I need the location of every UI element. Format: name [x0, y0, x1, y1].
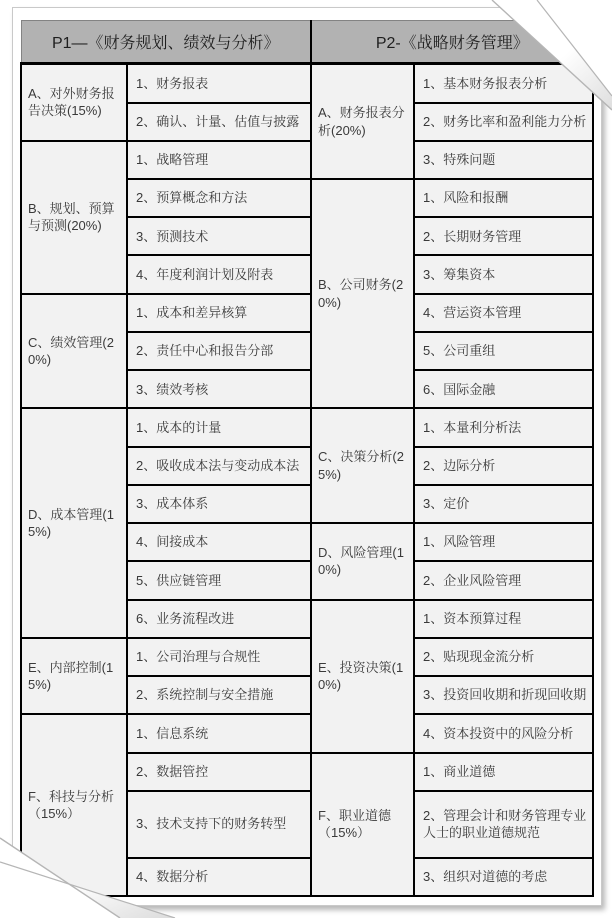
table-row: C、绩效管理(20%)1、成本和差异核算4、营运资本管理	[21, 294, 593, 332]
category-cell: E、内部控制(15%)	[21, 638, 127, 714]
table-row: B、规划、预算与预测(20%)1、战略管理3、特殊问题	[21, 141, 593, 179]
topic-cell: 2、贴现现金流分析	[414, 638, 593, 676]
topic-cell: 1、资本预算过程	[414, 600, 593, 638]
topic-cell: 6、业务流程改进	[127, 600, 311, 638]
topic-cell: 2、数据管控	[127, 753, 311, 791]
topic-cell: 1、风险和报酬	[414, 179, 593, 217]
category-cell: C、决策分析(25%)	[311, 408, 414, 523]
topic-cell: 1、本量利分析法	[414, 408, 593, 446]
topic-cell: 4、间接成本	[127, 523, 311, 561]
topic-cell: 1、风险管理	[414, 523, 593, 561]
topic-cell: 2、企业风险管理	[414, 561, 593, 599]
part1-header: P1—《财务规划、绩效与分析》	[21, 21, 311, 64]
topic-cell: 6、国际金融	[414, 370, 593, 408]
topic-cell: 2、责任中心和报告分部	[127, 332, 311, 370]
category-cell: D、风险管理(10%)	[311, 523, 414, 599]
topic-cell: 1、战略管理	[127, 141, 311, 179]
category-cell: D、成本管理(15%)	[21, 408, 127, 637]
topic-cell: 2、确认、计量、估值与披露	[127, 103, 311, 141]
topic-cell: 4、营运资本管理	[414, 294, 593, 332]
category-cell: B、公司财务(20%)	[311, 179, 414, 408]
framed-picture-card: P1—《财务规划、绩效与分析》 P2-《战略财务管理》 A、对外财务报告决策(1…	[12, 7, 602, 906]
topic-cell: 3、筹集资本	[414, 255, 593, 293]
topic-cell: 1、信息系统	[127, 714, 311, 752]
topic-cell: 2、边际分析	[414, 447, 593, 485]
category-cell: B、规划、预算与预测(20%)	[21, 141, 127, 294]
category-cell: F、职业道德（15%）	[311, 753, 414, 896]
topic-cell: 1、财务报表	[127, 64, 311, 103]
topic-cell: 3、预测技术	[127, 217, 311, 255]
topic-cell: 2、系统控制与安全措施	[127, 676, 311, 714]
topic-cell: 3、组织对道德的考虑	[414, 858, 593, 897]
table-row: F、科技与分析（15%）1、信息系统4、资本投资中的风险分析	[21, 714, 593, 752]
cma-syllabus-table: P1—《财务规划、绩效与分析》 P2-《战略财务管理》 A、对外财务报告决策(1…	[20, 20, 594, 897]
topic-cell: 1、商业道德	[414, 753, 593, 791]
category-cell: A、财务报表分析(20%)	[311, 64, 414, 180]
topic-cell: 3、特殊问题	[414, 141, 593, 179]
topic-cell: 3、投资回收期和折现回收期	[414, 676, 593, 714]
topic-cell: 4、年度利润计划及附表	[127, 255, 311, 293]
topic-cell: 1、成本和差异核算	[127, 294, 311, 332]
category-cell: C、绩效管理(20%)	[21, 294, 127, 409]
topic-cell: 2、长期财务管理	[414, 217, 593, 255]
topic-cell: 5、公司重组	[414, 332, 593, 370]
topic-cell: 2、预算概念和方法	[127, 179, 311, 217]
topic-cell: 3、绩效考核	[127, 370, 311, 408]
topic-cell: 3、成本体系	[127, 485, 311, 523]
topic-cell: 1、公司治理与合规性	[127, 638, 311, 676]
topic-cell: 2、管理会计和财务管理专业人士的职业道德规范	[414, 791, 593, 858]
topic-cell: 4、资本投资中的风险分析	[414, 714, 593, 752]
topic-cell: 3、定价	[414, 485, 593, 523]
page-curl-top-right-icon	[467, 0, 612, 120]
table-row: E、内部控制(15%)1、公司治理与合规性2、贴现现金流分析	[21, 638, 593, 676]
category-cell: E、投资决策(10%)	[311, 600, 414, 753]
category-cell: A、对外财务报告决策(15%)	[21, 64, 127, 141]
topic-cell: 1、成本的计量	[127, 408, 311, 446]
table-row: D、成本管理(15%)1、成本的计量C、决策分析(25%)1、本量利分析法	[21, 408, 593, 446]
topic-cell: 5、供应链管理	[127, 561, 311, 599]
page-curl-bottom-left-icon	[0, 818, 185, 918]
topic-cell: 2、吸收成本法与变动成本法	[127, 447, 311, 485]
